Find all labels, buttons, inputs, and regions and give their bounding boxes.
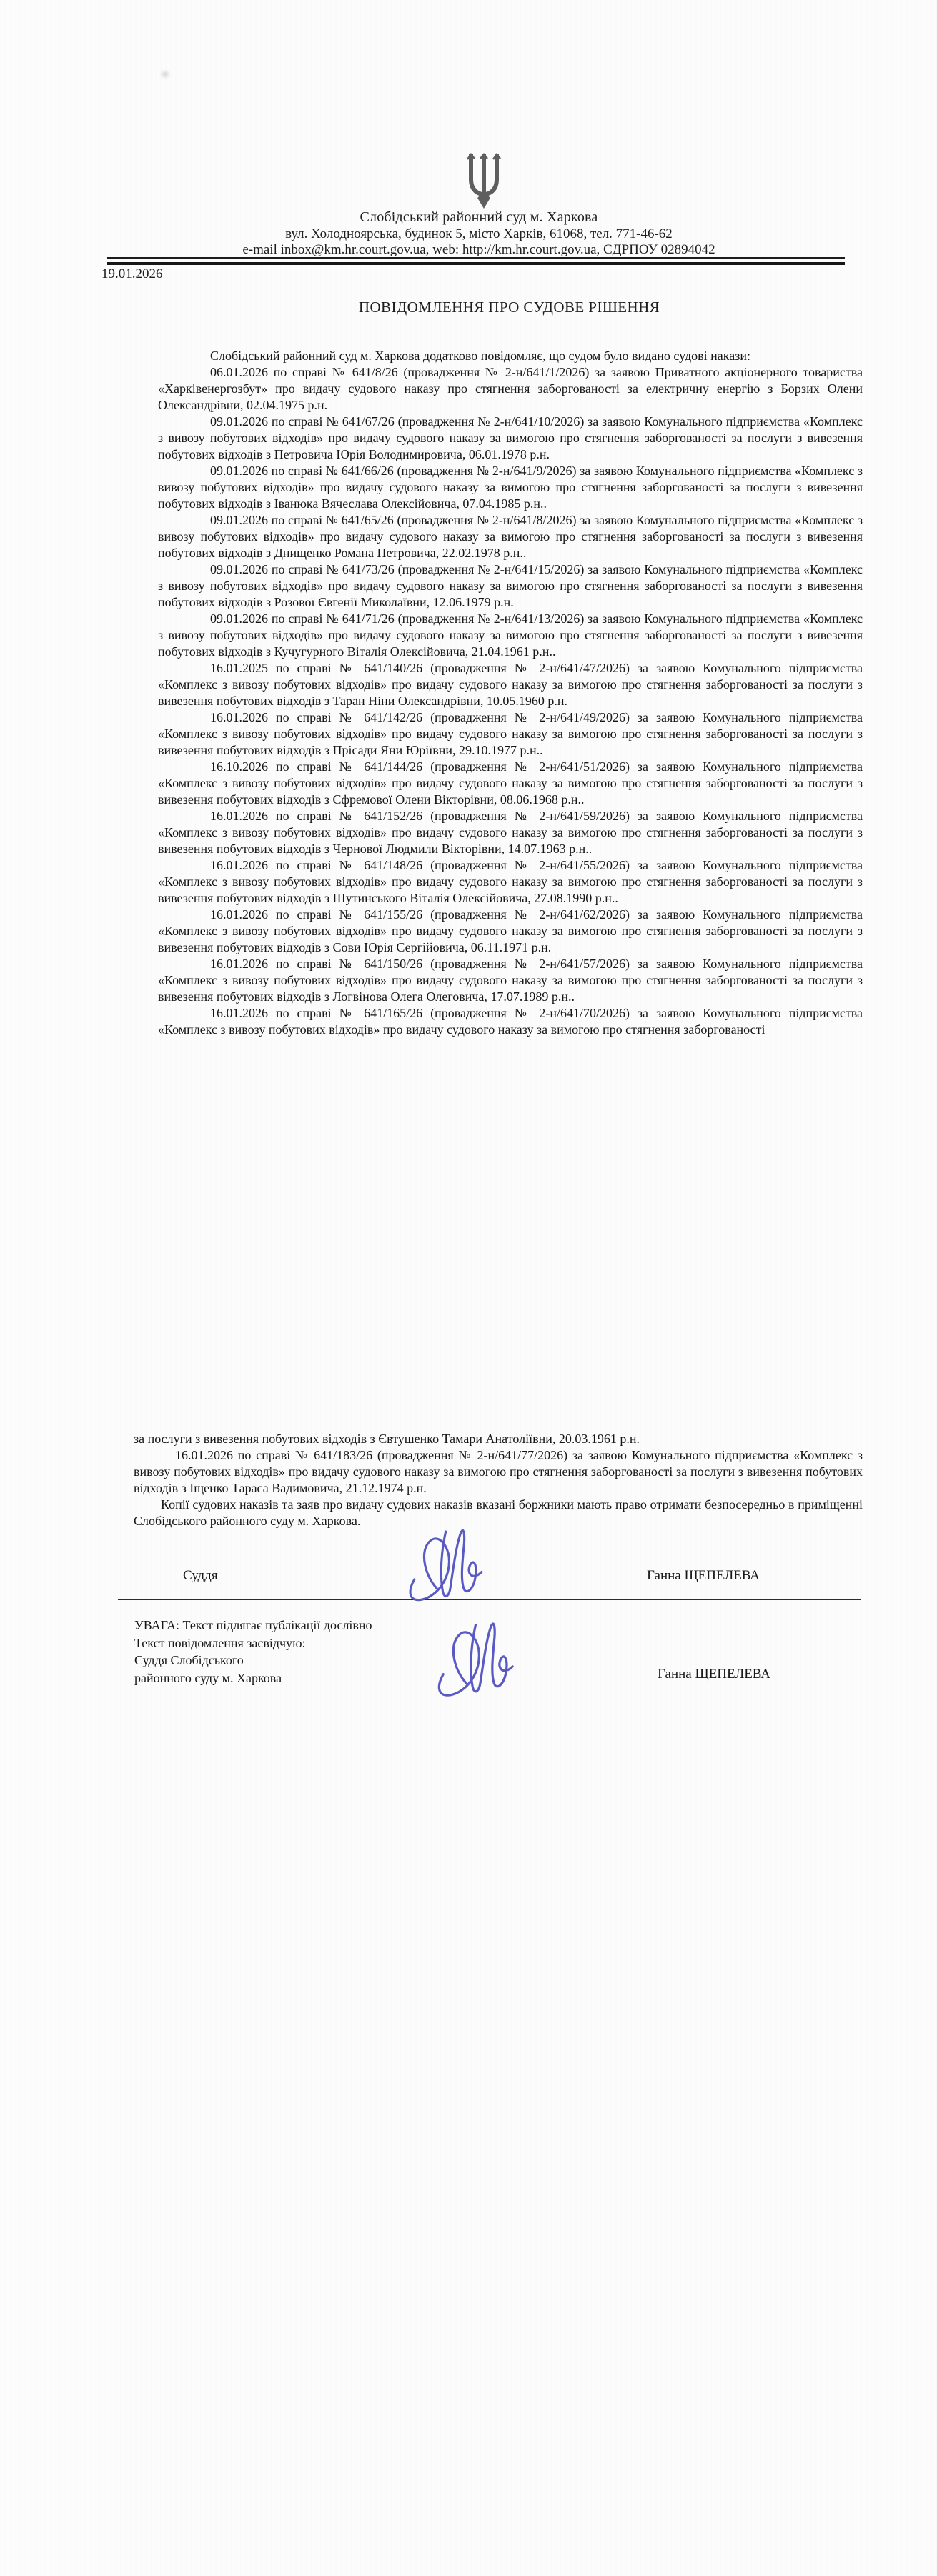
attention-line: Текст повідомлення засвідчую: [134,1634,372,1652]
document-title: ПОВІДОМЛЕННЯ ПРО СУДОВЕ РІШЕННЯ [157,299,861,316]
notice-body-page1: Слобідський районний суд м. Харкова дода… [158,348,863,1038]
case-entry: 16.01.2026 по справі № 641/183/26 (прова… [134,1447,863,1497]
case-entry: 16.01.2026 по справі № 641/152/26 (прова… [158,808,863,857]
closing-paragraph: Копії судових наказів та заяв про видачу… [134,1497,863,1529]
judge-signature [402,1522,500,1605]
case-entry: 09.01.2026 по справі № 641/66/26 (провад… [158,463,863,512]
case-entry: 16.10.2026 по справі № 641/144/26 (прова… [158,759,863,808]
court-address: вул. Холодноярська, будинок 5, місто Хар… [21,226,936,242]
case-entry: 09.01.2026 по справі № 641/65/26 (провад… [158,512,863,561]
header-rule-top [107,257,845,259]
case-entry: 09.01.2026 по справі № 641/73/26 (провад… [158,561,863,611]
case-entry: 09.01.2026 по справі № 641/67/26 (провад… [158,414,863,463]
attention-block: УВАГА: Текст підлягає публікації дослівн… [134,1617,372,1687]
case-entry: 06.01.2026 по справі № 641/8/26 (провадж… [158,364,863,414]
scan-speck [162,71,169,77]
case-entry: 09.01.2026 по справі № 641/71/26 (провад… [158,611,863,660]
judge-name: Ганна ЩЕПЕЛЕВА [658,1667,770,1682]
intro-paragraph: Слобідський районний суд м. Харкова дода… [158,348,863,364]
court-contacts: e-mail inbox@km.hr.court.gov.ua, web: ht… [21,242,936,258]
attention-line: УВАГА: Текст підлягає публікації дослівн… [134,1617,372,1634]
case-entry: 16.01.2026 по справі № 641/148/26 (прова… [158,857,863,907]
ukraine-trident-icon [465,153,503,210]
case-entry-continuation: за послуги з вивезення побутових відході… [134,1431,863,1447]
attention-line: Суддя Слобідського [134,1652,372,1669]
attention-line: районного суду м. Харкова [134,1669,372,1687]
judge-signature [431,1613,531,1703]
signature-rule [118,1599,861,1600]
scanned-court-notice-page: Слобідський районний суд м. Харкова вул.… [0,0,937,2576]
case-entry: 16.01.2026 по справі № 641/165/26 (прова… [158,1005,863,1038]
judge-role-label: Суддя [183,1568,218,1584]
header-rule-bottom [107,262,845,265]
judge-name: Ганна ЩЕПЕЛЕВА [647,1568,760,1584]
case-entry: 16.01.2026 по справі № 641/155/26 (прова… [158,907,863,956]
case-entry: 16.01.2025 по справі № 641/140/26 (прова… [158,660,863,709]
document-date: 19.01.2026 [101,266,163,282]
court-name: Слобідський районний суд м. Харкова [21,209,936,226]
case-entry: 16.01.2026 по справі № 641/142/26 (прова… [158,709,863,759]
case-entry: 16.01.2026 по справі № 641/150/26 (прова… [158,956,863,1005]
notice-body-page2: за послуги з вивезення побутових відході… [134,1431,863,1529]
